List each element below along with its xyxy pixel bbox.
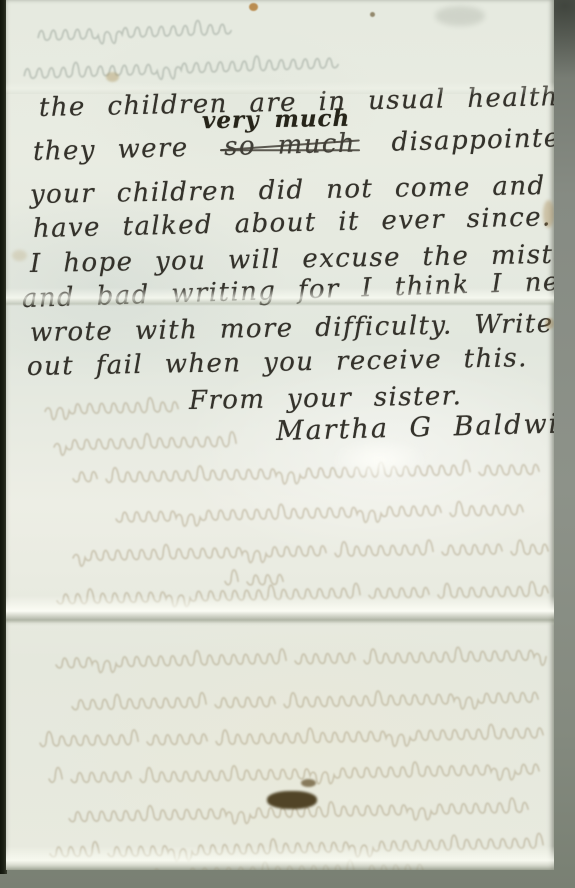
- ink-bleedthrough-line: [44, 635, 549, 680]
- letter-scan: the children are in usual health very mu…: [0, 0, 575, 888]
- ink-bleedthrough-line: [41, 571, 551, 616]
- letter-line-2-pre: they were: [33, 133, 189, 167]
- letter-paper: the children are in usual health very mu…: [6, 0, 554, 870]
- signature: Martha G Baldwin: [276, 408, 554, 448]
- gray-smudge: [435, 6, 485, 26]
- ink-bleedthrough-line: [61, 529, 551, 573]
- foxing-stain: [249, 3, 258, 11]
- ink-bleedthrough-line: [48, 422, 248, 460]
- strikethrough-text: so much: [224, 129, 357, 162]
- ink-speck: [370, 12, 375, 17]
- edge-stain: [12, 250, 27, 261]
- letter-line-2-post: disappointed when: [391, 120, 554, 157]
- faint-showthrough-line: [22, 42, 347, 87]
- ink-bleedthrough-line: [36, 386, 181, 423]
- letter-line-8: out fail when you receive this.: [27, 342, 528, 383]
- ink-bleedthrough-line: [101, 490, 526, 533]
- faint-showthrough-line: [35, 8, 240, 49]
